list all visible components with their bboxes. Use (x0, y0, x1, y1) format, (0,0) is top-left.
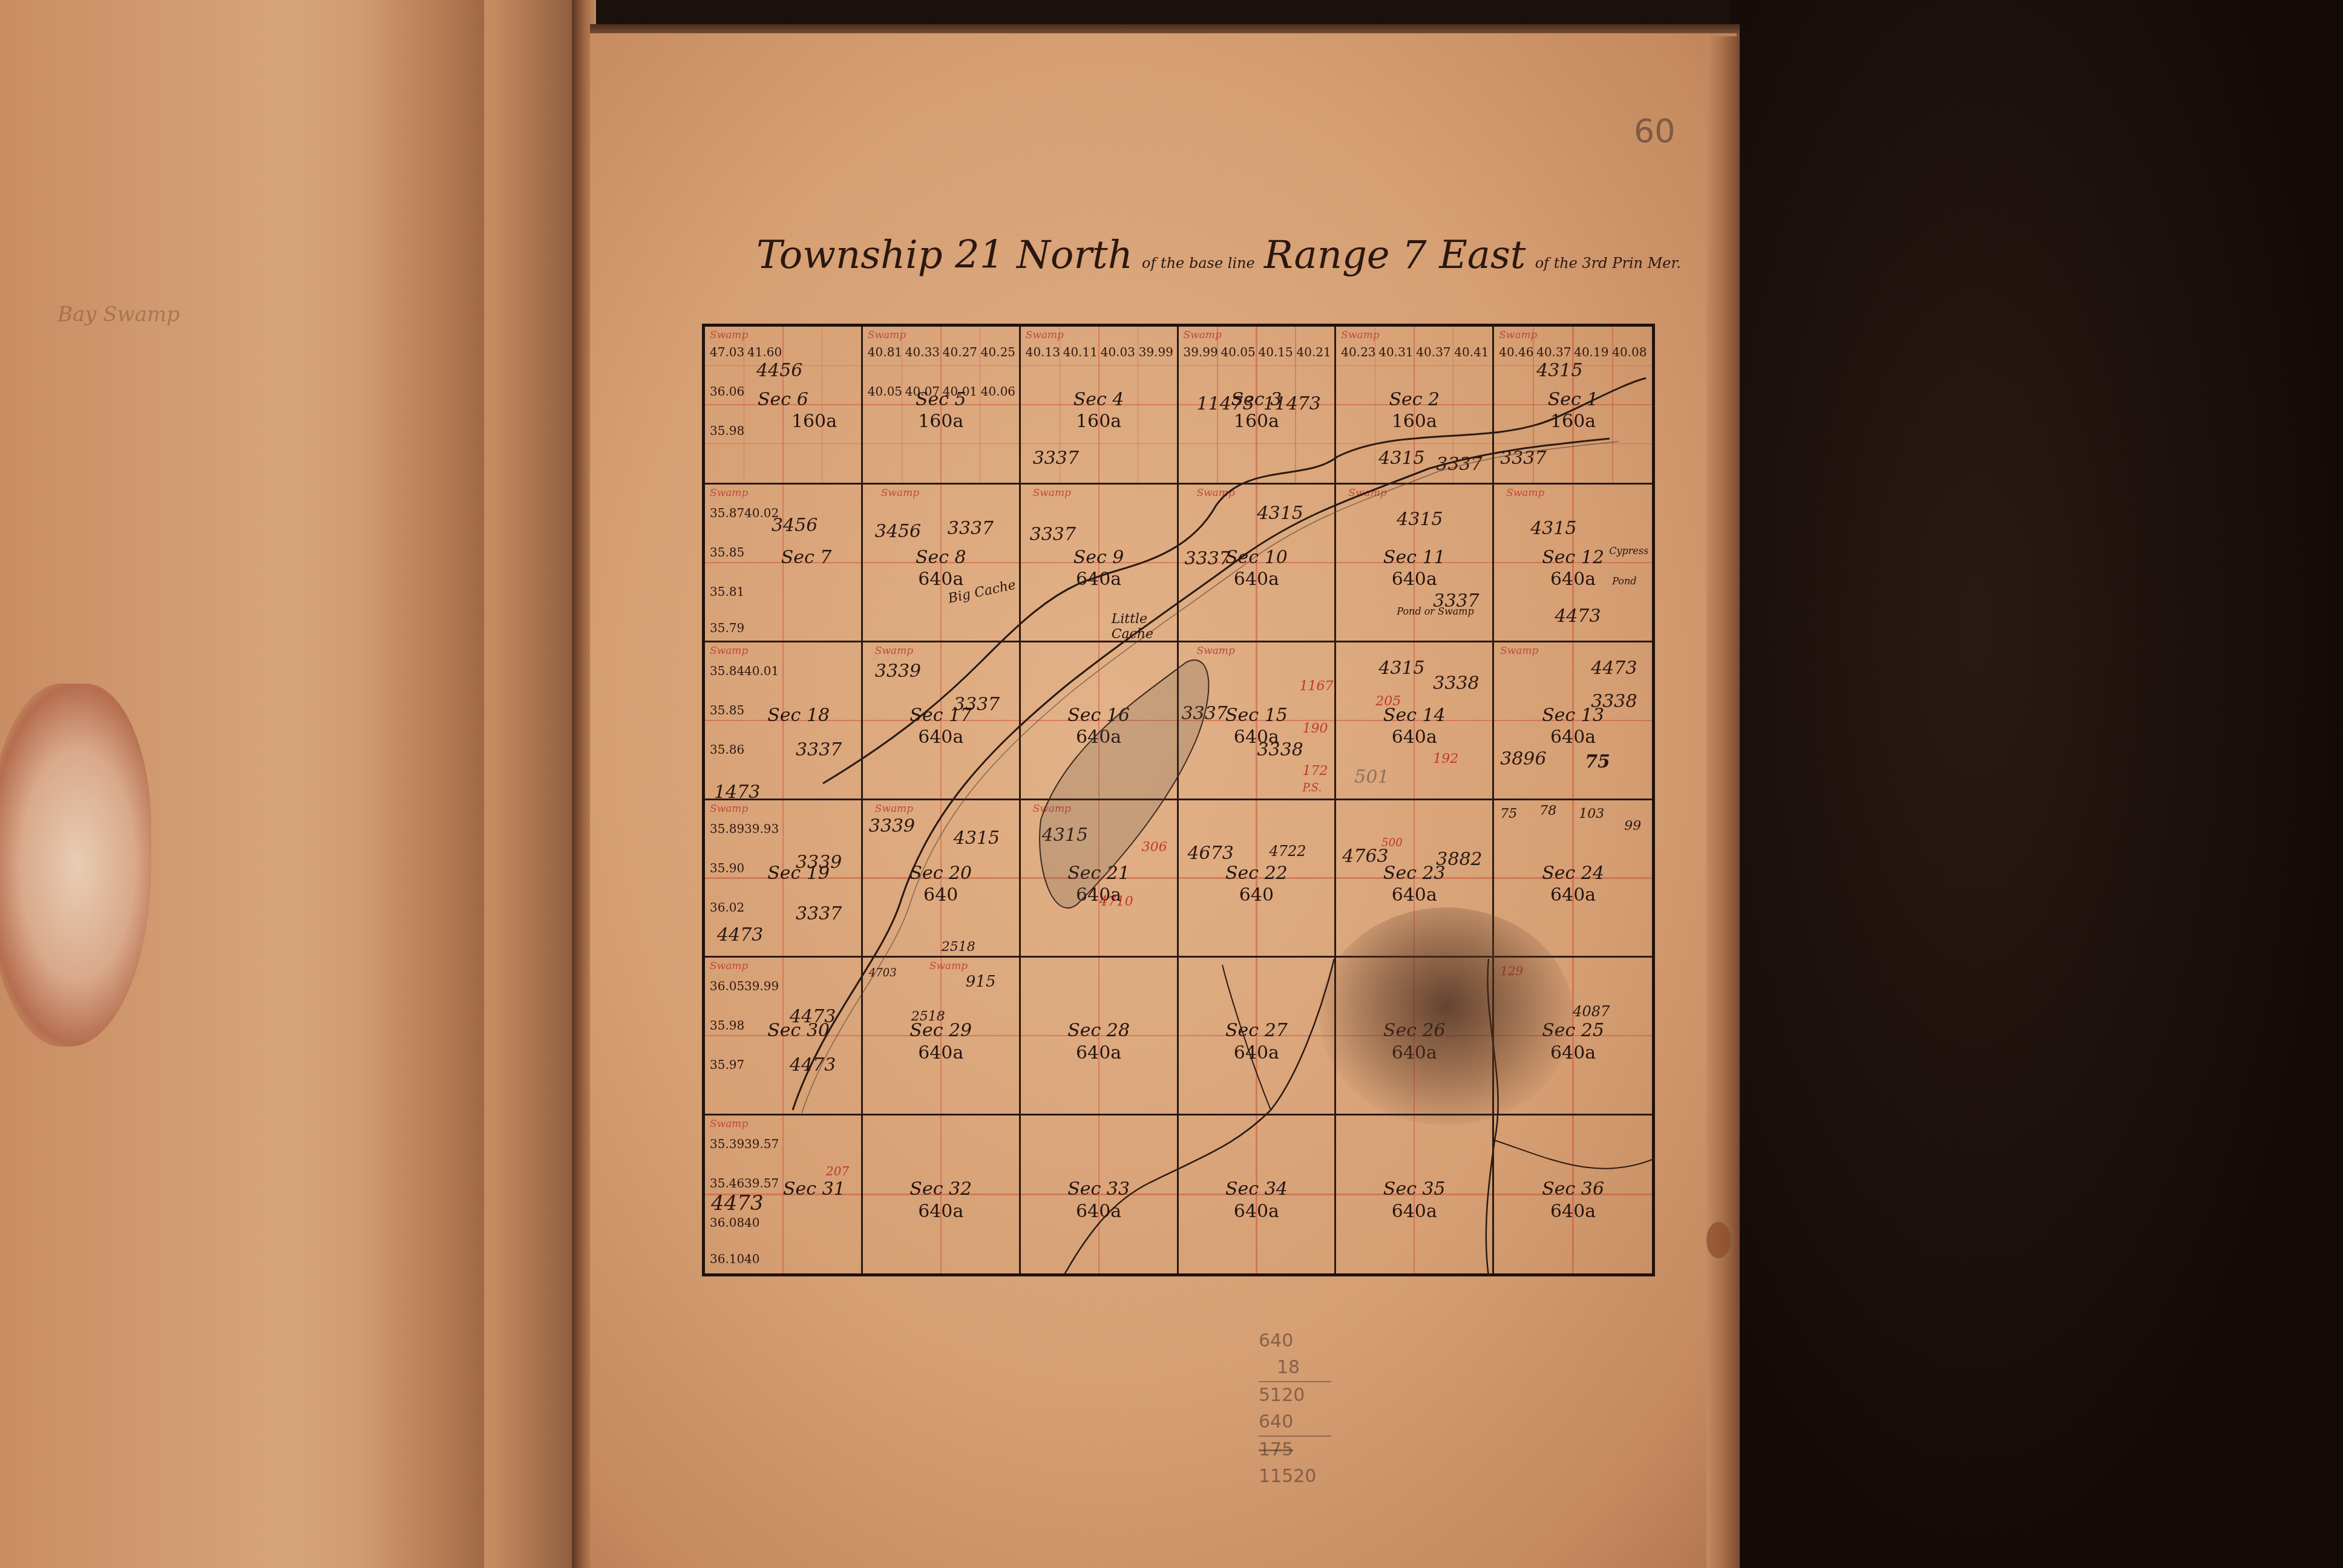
swamp-label: Swamp (710, 329, 748, 341)
red-annotation: 192 (1433, 751, 1458, 766)
lot-acreage: 40.01 (744, 664, 779, 678)
claim-number: 4315 (1397, 509, 1443, 530)
lot-acreage: 40.15 (1259, 345, 1293, 359)
lot-acreage: 39.99 (744, 979, 779, 993)
section-acres: 640a (1494, 727, 1652, 748)
section-label: Sec 33 (1021, 1178, 1177, 1200)
red-annotation: 306 (1142, 840, 1167, 855)
section-label: Sec 34 (1179, 1178, 1335, 1200)
pencil-line: 640 (1259, 1328, 1331, 1354)
section-34: Sec 34 640a (1179, 1116, 1337, 1273)
section-label: Sec 9 (1021, 547, 1177, 568)
section-label: Sec 6 (705, 389, 861, 410)
pencil-line: 640 (1259, 1409, 1331, 1436)
pencil-line: 18 (1259, 1354, 1331, 1381)
claim-number: 3337 (1436, 454, 1482, 475)
section-acres: 160a (767, 411, 861, 432)
section-label: Sec 10 (1179, 547, 1335, 568)
section-label: Sec 30 (736, 1020, 861, 1041)
section-7: Swamp 35.87 40.02 35.85 35.81 35.79 3456… (705, 485, 863, 642)
lot-acreage: 35.46 (710, 1176, 744, 1191)
lot-acreage: 36.10 (710, 1252, 744, 1266)
section-17: Swamp 3339 3337 Sec 17 640a (863, 642, 1021, 800)
lot-acreage: 35.79 (710, 621, 744, 635)
swamp-label: Swamp (710, 960, 748, 972)
section-35: Sec 35 640a (1336, 1116, 1494, 1273)
section-acres: 640a (1336, 884, 1492, 906)
swamp-label: Swamp (1026, 329, 1064, 341)
lot-acreage: 40.41 (1454, 345, 1489, 359)
claim-number: 3339 (875, 661, 921, 682)
pencil-line: 5120 (1259, 1382, 1331, 1409)
plat-title: Township 21 North of the base line Range… (756, 233, 1687, 278)
claim-number: 3337 (1033, 448, 1079, 469)
section-15: Swamp 3337 3338 1167 190 172 P.S. Sec 15… (1179, 642, 1337, 800)
section-18: Swamp 35.84 40.01 35.85 35.86 3337 1473 … (705, 642, 863, 800)
section-label: Sec 29 (863, 1020, 1019, 1041)
lot-acreage: 40 (744, 1215, 759, 1230)
lot-acreage: 40.03 (1101, 345, 1135, 359)
section-label: Sec 5 (863, 389, 1019, 410)
claim-number: 4315 (1536, 360, 1582, 381)
red-annotation: P.S. (1303, 782, 1322, 794)
swamp-label: Swamp (881, 487, 919, 499)
section-label: Sec 32 (863, 1178, 1019, 1200)
swamp-label: Swamp (1341, 329, 1379, 341)
section-acres: 640a (1336, 569, 1492, 590)
section-acres: 640a (1494, 569, 1652, 590)
pencil-line: 11520 (1259, 1463, 1331, 1490)
claim-number: 3337 (796, 903, 842, 924)
section-5: Swamp 40.81 40.33 40.27 40.25 40.05 40.0… (863, 327, 1021, 485)
lot-acreage: 39.99 (1184, 345, 1218, 359)
section-29: Swamp 4703 2518 915 Sec 29 640a (863, 958, 1021, 1116)
section-acres: 640a (1179, 1201, 1335, 1222)
section-22: 4673 4722 Sec 22 640 (1179, 800, 1337, 958)
claim-number: 3337 (1030, 524, 1076, 545)
lot-acreage: 39.57 (744, 1137, 779, 1151)
section-label: Sec 36 (1494, 1178, 1652, 1200)
lot-acreage: 47.03 (710, 345, 744, 359)
section-label: Sec 11 (1336, 547, 1492, 568)
lot-acreage: 40.27 (943, 345, 977, 359)
dark-background (1731, 0, 2343, 1568)
lot-acreage: 35.97 (710, 1057, 744, 1072)
lot-acreage: 40.37 (1416, 345, 1450, 359)
claim-number: 1473 (714, 782, 760, 803)
section-31: Swamp 35.39 39.57 35.46 39.57 36.08 40 3… (705, 1116, 863, 1273)
claim-number: 4473 (790, 1054, 836, 1076)
pencil-annotation: 501 (1354, 766, 1389, 788)
title-range: Range 7 East (1264, 233, 1526, 278)
section-acres: 160a (1336, 411, 1492, 432)
claim-number: 3456 (772, 515, 818, 536)
section-4: Swamp 40.13 40.11 40.03 39.99 3337 Sec 4… (1021, 327, 1179, 485)
swamp-label: Swamp (875, 803, 913, 815)
section-label: Sec 21 (1021, 863, 1177, 884)
left-page: Bay Swamp (0, 0, 581, 1568)
swamp-label: Swamp (1197, 645, 1235, 657)
section-21: Swamp 4315 4710 306 Sec 21 640a (1021, 800, 1179, 958)
lot-acreage: 35.86 (710, 742, 744, 757)
swamp-label: Swamp (1500, 645, 1538, 657)
section-3: Swamp 39.99 40.05 40.15 40.21 11473 1147… (1179, 327, 1337, 485)
section-9: Swamp 3337 Sec 9 640a Little Cache (1021, 485, 1179, 642)
claim-number: 4473 (1555, 606, 1601, 627)
left-page-faint-text: Bay Swamp (57, 302, 180, 327)
claim-number: 4315 (954, 828, 1000, 849)
section-acres: 640a (863, 1201, 1019, 1222)
section-acres: 640a (1494, 884, 1652, 906)
swamp-label: Swamp (710, 645, 748, 657)
lot-acreage: 40.19 (1574, 345, 1608, 359)
lot-acreage: 40.33 (905, 345, 940, 359)
section-label: Sec 23 (1336, 863, 1492, 884)
claim-number: 4315 (1378, 658, 1424, 679)
claim-number: 2518 (942, 939, 975, 955)
section-label: Sec 27 (1179, 1020, 1335, 1041)
section-acres: 640a (1021, 1042, 1177, 1063)
section-19: Swamp 35.89 39.93 35.90 36.02 3339 3337 … (705, 800, 863, 958)
swamp-label: Swamp (1506, 487, 1544, 499)
swamp-label: Swamp (710, 487, 748, 499)
title-township: Township 21 North (756, 233, 1133, 278)
lot-acreage: 40.46 (1499, 345, 1533, 359)
lot-acreage: 40.31 (1378, 345, 1413, 359)
section-label: Sec 28 (1021, 1020, 1177, 1041)
section-label: Sec 24 (1494, 863, 1652, 884)
claim-number: 4473 (1591, 658, 1637, 679)
claim-number: 4722 (1270, 843, 1306, 860)
swamp-label: Swamp (1197, 487, 1235, 499)
section-acres: 640a (1336, 727, 1492, 748)
section-label: Sec 1 (1494, 389, 1652, 410)
section-label: Sec 13 (1494, 705, 1652, 726)
section-11: Swamp 4315 3337 Sec 11 640a Pond or Swam… (1336, 485, 1494, 642)
lot-acreage: 36.08 (710, 1215, 744, 1230)
claim-number: 4315 (1257, 503, 1303, 524)
claim-number: 4456 (756, 360, 802, 381)
left-page-stain (0, 684, 151, 1047)
section-6: Swamp 47.03 41.60 36.06 35.98 4456 Sec 6… (705, 327, 863, 485)
claim-number: 4315 (1378, 448, 1424, 469)
claim-number: 3896 (1500, 748, 1546, 769)
claim-number: 75 (1585, 751, 1610, 773)
section-2: Swamp 40.23 40.31 40.37 40.41 4315 3337 … (1336, 327, 1494, 485)
section-acres: 640 (863, 884, 1019, 906)
section-label: Sec 4 (1021, 389, 1177, 410)
section-acres: 640a (1336, 1201, 1492, 1222)
lot-acreage: 40.81 (868, 345, 902, 359)
section-12: Swamp 4315 4473 Cypress Pond Sec 12 640a (1494, 485, 1652, 642)
swamp-label: Swamp (1348, 487, 1386, 499)
section-label: Sec 17 (863, 705, 1019, 726)
swamp-label: Swamp (1499, 329, 1537, 341)
claim-number: 4473 (711, 1191, 764, 1215)
lot-acreage: 35.87 (710, 506, 744, 520)
section-label: Sec 14 (1336, 705, 1492, 726)
section-acres: 640a (1179, 1042, 1335, 1063)
claim-number: 4087 (1573, 1003, 1610, 1020)
lot-acreage: 40.08 (1612, 345, 1647, 359)
claim-number: 3337 (796, 739, 842, 760)
section-label: Sec 8 (863, 547, 1019, 568)
water-stain (1319, 907, 1573, 1125)
section-label: Sec 19 (736, 863, 861, 884)
lot-acreage: 35.39 (710, 1137, 744, 1151)
section-10: Swamp 3337 4315 Sec 10 640a (1179, 485, 1337, 642)
claim-number: 4315 (1530, 518, 1576, 539)
lot-acreage: 40.21 (1297, 345, 1331, 359)
lot-acreage: 40.23 (1341, 345, 1375, 359)
lot-acreage: 35.81 (710, 584, 744, 599)
lot-acreage: 40.05 (1221, 345, 1256, 359)
section-14: 4315 3338 205 501 192 Sec 14 640a (1336, 642, 1494, 800)
section-acres: 640a (863, 1042, 1019, 1063)
lot-acreage: 40.25 (981, 345, 1015, 359)
section-label: Sec 16 (1021, 705, 1177, 726)
red-annotation: 172 (1303, 763, 1328, 779)
lot-acreage: 39.93 (744, 822, 779, 836)
section-20: Swamp 3339 4315 2518 Sec 20 640 (863, 800, 1021, 958)
section-label: Sec 35 (1336, 1178, 1492, 1200)
lot-acreage: 35.84 (710, 664, 744, 678)
section-16: Sec 16 640a (1021, 642, 1179, 800)
lot-acreage: 39.99 (1139, 345, 1173, 359)
section-30: Swamp 36.05 39.99 35.98 35.97 4473 4473 … (705, 958, 863, 1116)
section-label: Sec 12 (1494, 547, 1652, 568)
lot-acreage: 36.05 (710, 979, 744, 993)
red-annotation: 500 (1381, 837, 1402, 849)
swamp-label: Swamp (710, 803, 748, 815)
claim-number: 103 (1579, 806, 1604, 822)
section-32: Sec 32 640a (863, 1116, 1021, 1273)
swamp-label: Swamp (1033, 487, 1071, 499)
page-fold-shadow (363, 0, 484, 1568)
pencil-line: 175 (1259, 1437, 1331, 1463)
claim-number: 3338 (1433, 673, 1479, 694)
section-label: Sec 3 (1179, 389, 1335, 410)
section-33: Sec 33 640a (1021, 1116, 1179, 1273)
section-label: Sec 2 (1336, 389, 1492, 410)
section-acres: 640a (1179, 727, 1335, 748)
claim-number: 4673 (1188, 843, 1234, 864)
claim-number: 4703 (869, 967, 897, 979)
edge-stain (1706, 1222, 1731, 1258)
claim-number: 78 (1539, 803, 1556, 818)
section-1: Swamp 40.46 40.37 40.19 40.08 4315 3337 … (1494, 327, 1652, 485)
lot-acreage: 35.98 (710, 423, 744, 438)
section-label: Sec 15 (1179, 705, 1335, 726)
section-acres: 640a (1179, 569, 1335, 590)
claim-number: 3339 (869, 815, 915, 837)
swamp-label: Swamp (1033, 803, 1071, 815)
swamp-label: Swamp (929, 960, 968, 972)
section-label: Sec 20 (863, 863, 1019, 884)
section-label: Sec 31 (767, 1178, 861, 1200)
claim-number: 3456 (875, 521, 921, 542)
page-edges (1706, 36, 1740, 1568)
swamp-label: Swamp (875, 645, 913, 657)
claim-number: 4473 (717, 924, 763, 946)
section-acres: 640a (1021, 884, 1177, 906)
creek-label-little-cache: Little Cache (1112, 612, 1177, 642)
lot-acreage: 41.60 (747, 345, 782, 359)
section-acres: 160a (1494, 411, 1652, 432)
claim-number: 99 (1624, 818, 1641, 834)
claim-number: 75 (1500, 806, 1517, 822)
lot-acreage: 40 (744, 1252, 759, 1266)
section-acres: 640a (1021, 727, 1177, 748)
section-acres: 640a (863, 727, 1019, 748)
pencil-calculation: 640 18 5120 640 175 11520 (1259, 1328, 1331, 1490)
lot-acreage: 40.37 (1536, 345, 1571, 359)
section-label: Sec 18 (736, 705, 861, 726)
section-acres: 160a (1179, 411, 1335, 432)
lot-acreage: 40.13 (1026, 345, 1060, 359)
swamp-label: Swamp (710, 1118, 748, 1130)
claim-number: 915 (966, 973, 996, 991)
section-label: Sec 7 (752, 547, 860, 568)
section-acres: 640a (1494, 1201, 1652, 1222)
township-plat-grid: Swamp 47.03 41.60 36.06 35.98 4456 Sec 6… (702, 324, 1655, 1276)
claim-number: 3337 (1500, 448, 1546, 469)
section-36: Sec 36 640a (1494, 1116, 1652, 1273)
pond-or-swamp-label: Pond or Swamp (1397, 606, 1473, 617)
swamp-label: Swamp (1184, 329, 1222, 341)
section-13: Swamp 4473 3338 3896 75 Sec 13 640a (1494, 642, 1652, 800)
lot-acreage: 35.89 (710, 822, 744, 836)
page-number: 60 (1634, 112, 1676, 150)
section-acres: 640a (1021, 1201, 1177, 1222)
section-acres: 160a (863, 411, 1019, 432)
lot-acreage: 35.85 (710, 545, 744, 560)
section-acres: 160a (1021, 411, 1177, 432)
section-acres: 640a (1021, 569, 1177, 590)
lot-acreage: 36.02 (710, 900, 744, 915)
claim-number: 3337 (948, 518, 994, 539)
red-annotation: 207 (826, 1164, 849, 1178)
section-label: Sec 22 (1179, 863, 1335, 884)
title-meridian: of the 3rd Prin Mer. (1535, 255, 1681, 272)
swamp-label: Swamp (868, 329, 906, 341)
section-27: Sec 27 640a (1179, 958, 1337, 1116)
section-acres: 640 (1179, 884, 1335, 906)
title-of-base: of the base line (1142, 255, 1255, 272)
section-28: Sec 28 640a (1021, 958, 1179, 1116)
claim-number: 4315 (1042, 825, 1088, 846)
red-annotation: 1167 (1300, 679, 1334, 694)
section-8: Swamp 3456 3337 Sec 8 640a Big Cache (863, 485, 1021, 642)
lot-acreage: 40.11 (1063, 345, 1098, 359)
